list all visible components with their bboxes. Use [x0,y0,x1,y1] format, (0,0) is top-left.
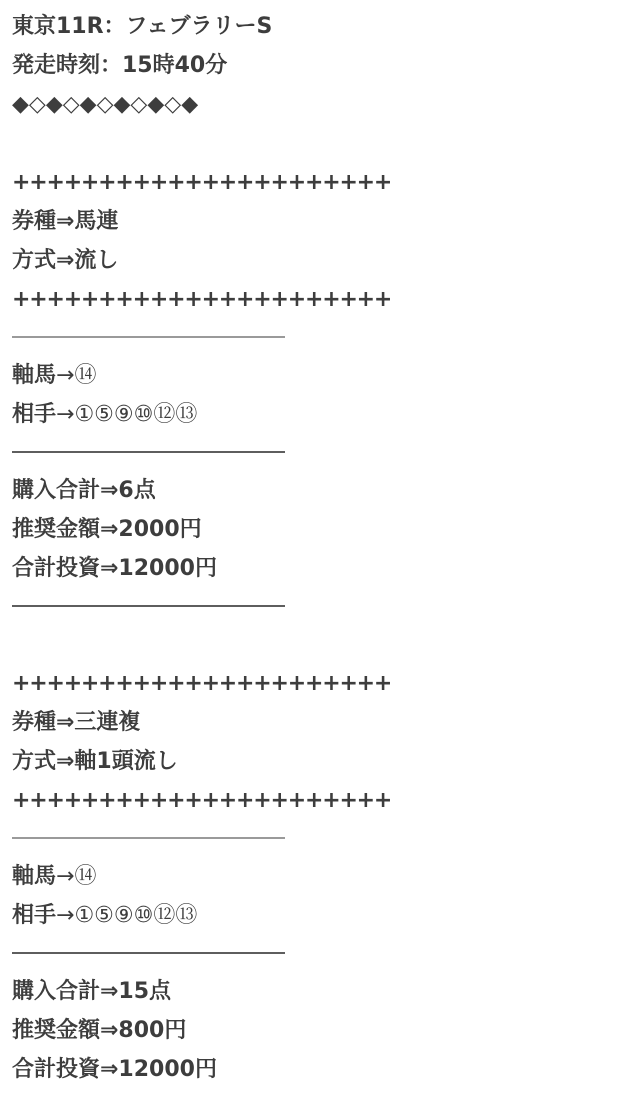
partners-row: 相手→①⑤⑨⑩⑫⑬ [12,395,640,434]
race-prediction-document: 東京11R：フェブラリーS 発走時刻：15時40分 ◆◇◆◇◆◇◆◇◆◇◆ ++… [0,0,640,1089]
race-title: 東京11R：フェブラリーS [12,7,640,46]
partners-row: 相手→①⑤⑨⑩⑫⑬ [12,896,640,935]
total-investment: 合計投資⇒12000円 [12,549,640,588]
plus-separator: ++++++++++++++++++++++ [12,163,640,202]
axis-label: 軸馬 [12,363,56,388]
plus-separator: ++++++++++++++++++++++ [12,280,640,319]
total-points: 購入合計⇒15点 [12,972,640,1011]
arrow-icon: → [56,363,74,388]
recommended-amount: 推奨金額⇒2000円 [12,510,640,549]
partner-horse-numbers: ①⑤⑨⑩⑫⑬ [74,402,197,427]
bet-section-umaren: ++++++++++++++++++++++ 券種⇒馬連 方式⇒流し +++++… [12,163,640,607]
arrow-icon: → [56,903,74,928]
total-investment: 合計投資⇒12000円 [12,1050,640,1089]
axis-horse-row: 軸馬→⑭ [12,356,640,395]
arrow-icon: → [56,402,74,427]
arrow-icon: → [56,864,74,889]
ticket-type: 券種⇒三連複 [12,703,640,742]
axis-label: 軸馬 [12,864,56,889]
plus-separator: ++++++++++++++++++++++ [12,781,640,820]
axis-horse-number: ⑭ [74,363,96,388]
plus-separator: ++++++++++++++++++++++ [12,664,640,703]
start-time: 発走時刻：15時40分 [12,46,640,85]
axis-horse-number: ⑭ [74,864,96,889]
bet-section-sanrenpuku: ++++++++++++++++++++++ 券種⇒三連複 方式⇒軸1頭流し +… [12,664,640,1089]
bet-method: 方式⇒流し [12,241,640,280]
total-points: 購入合計⇒6点 [12,471,640,510]
diamond-separator: ◆◇◆◇◆◇◆◇◆◇◆ [12,85,640,124]
ticket-type: 券種⇒馬連 [12,202,640,241]
partners-label: 相手 [12,903,56,928]
partner-horse-numbers: ①⑤⑨⑩⑫⑬ [74,903,197,928]
bet-method: 方式⇒軸1頭流し [12,742,640,781]
recommended-amount: 推奨金額⇒800円 [12,1011,640,1050]
axis-horse-row: 軸馬→⑭ [12,857,640,896]
partners-label: 相手 [12,402,56,427]
